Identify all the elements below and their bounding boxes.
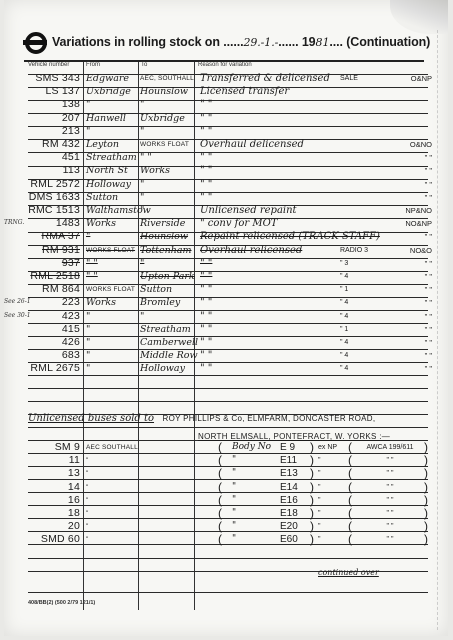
radio-note: " 4: [340, 362, 390, 375]
table-row: 423""" "" 4" "See 30-1: [0, 310, 453, 323]
bracket: ): [310, 507, 314, 520]
from-location: Holloway: [86, 178, 136, 191]
reason-for-variation: Repaint relicensed (TRACK STAFF): [200, 230, 360, 243]
form-header: Variations in rolling stock on ......29.…: [24, 30, 444, 54]
vehicle-number: SMD 60: [28, 533, 80, 546]
reason-for-variation: Unlicensed repaint: [200, 204, 360, 217]
from-location: ": [86, 125, 136, 138]
row-rule: [28, 592, 428, 593]
body-number: E60: [280, 533, 320, 546]
table-row: SMS 343EdgwareAEC, SOUTHALLTransferred &…: [0, 72, 453, 85]
status-code: " ": [388, 257, 432, 270]
bracket: (: [348, 507, 352, 520]
from-location: Hanwell: [86, 112, 136, 125]
to-location: ": [140, 98, 192, 111]
status-code: O&NP: [388, 72, 432, 85]
table-row: RMC 1513Walthamstow"Unlicensed repaintNP…: [0, 204, 453, 217]
vehicle-number: RML 2572: [28, 178, 80, 191]
reason-for-variation: " ": [200, 98, 360, 111]
status-code: " ": [388, 310, 432, 323]
vehicle-number: SM 9: [28, 441, 80, 454]
to-location: ": [140, 310, 192, 323]
table-row: 415"Streatham" "" 1" ": [0, 323, 453, 336]
vehicle-number: 1483: [28, 217, 80, 230]
bracket: (: [348, 520, 352, 533]
bracket: ): [424, 454, 428, 467]
vehicle-number: 14: [28, 481, 80, 494]
to-location: ": [140, 178, 192, 191]
from-location: Streatham: [86, 151, 136, 164]
vehicle-number: 937: [28, 257, 80, 270]
vehicle-number: RM 931: [28, 244, 80, 257]
radio-note: " 4: [340, 336, 390, 349]
margin-note: See 26-1: [4, 298, 31, 305]
buyer-address-line1: ROY PHILLIPS & Co, ELMFARM, DONCASTER RO…: [163, 414, 376, 423]
from-location: AEC SOUTHALL: [86, 441, 136, 454]
bracket: ): [424, 467, 428, 480]
reason-for-variation: Licensed transfer: [200, 85, 360, 98]
from-location: ": [86, 349, 136, 362]
bracket: (: [218, 533, 222, 546]
sale-row: SMD 60""E60"" "()(): [0, 533, 453, 546]
sale-row: 14""E14"" "()(): [0, 481, 453, 494]
body-number: E 9: [280, 441, 320, 454]
sale-row: 13""E13"" "()(): [0, 467, 453, 480]
margin-note: See 30-1: [4, 312, 31, 319]
reference-number: " ": [352, 454, 428, 467]
vehicle-number: 20: [28, 520, 80, 533]
from-location: ": [86, 230, 136, 243]
bracket: ): [310, 467, 314, 480]
table-row: 426"Camberwell" "" 4" ": [0, 336, 453, 349]
sale-row: 20""E20"" "()(): [0, 520, 453, 533]
reason-for-variation: " ": [200, 112, 360, 125]
page-curl: [390, 0, 448, 34]
sale-row: 11""E11"" "()(): [0, 454, 453, 467]
bracket: ): [424, 507, 428, 520]
status-code: ": [318, 520, 348, 533]
to-location: Works: [140, 164, 192, 177]
vehicle-number: 223: [28, 296, 80, 309]
radio-note: " 4: [340, 349, 390, 362]
table-row: 207HanwellUxbridge" ": [0, 112, 453, 125]
bracket: (: [218, 481, 222, 494]
vehicle-number: 423: [28, 310, 80, 323]
from-location: ": [86, 467, 136, 480]
from-location: ": [86, 533, 136, 546]
bracket: (: [218, 441, 222, 454]
status-code: " ": [388, 336, 432, 349]
vehicle-number: RMC 1513: [28, 204, 80, 217]
to-location: ": [140, 204, 192, 217]
from-location: WORKS FLOAT: [86, 283, 136, 296]
status-code: " ": [388, 230, 432, 243]
reason-for-variation: " ": [200, 323, 360, 336]
radio-note: " 3: [340, 257, 390, 270]
table-row: RML 2518" "Upton Park" "" 4" ": [0, 270, 453, 283]
bracket: (: [218, 507, 222, 520]
from-location: ": [86, 336, 136, 349]
from-location: ": [86, 323, 136, 336]
bracket: (: [218, 467, 222, 480]
body-number: E20: [280, 520, 320, 533]
reference-number: " ": [352, 507, 428, 520]
body-number: E11: [280, 454, 320, 467]
table-row: 213""" ": [0, 125, 453, 138]
vehicle-number: 207: [28, 112, 80, 125]
reason-for-variation: " ": [200, 178, 360, 191]
radio-note: " 4: [340, 270, 390, 283]
to-location: Hounslow: [140, 230, 192, 243]
reason-for-variation: Transferred & delicensed: [200, 72, 360, 85]
sale-row: SM 9AEC SOUTHALLBody NoE 9ex NPAWCA 199/…: [0, 441, 453, 454]
reason-for-variation: " ": [200, 310, 360, 323]
from-location: ": [86, 310, 136, 323]
to-location: Holloway: [140, 362, 192, 375]
table-row: DMS 1633Sutton"" "" ": [0, 191, 453, 204]
table-row: RM 432LeytonWORKS FLOATOverhaul delicens…: [0, 138, 453, 151]
bracket: (: [348, 494, 352, 507]
margin-note: TRNG.: [4, 219, 24, 226]
reason-for-variation: " ": [200, 349, 360, 362]
radio-note: " 1: [340, 283, 390, 296]
table-row: RMA 37"HounslowRepaint relicensed (TRACK…: [0, 230, 453, 243]
bracket: (: [348, 454, 352, 467]
bracket: (: [348, 533, 352, 546]
continued-over-note: continued over: [318, 568, 379, 577]
row-rule: [28, 401, 428, 402]
status-code: O&NO: [388, 138, 432, 151]
sale-heading-label: Unlicensed buses sold to: [28, 413, 154, 424]
from-location: Works: [86, 217, 136, 230]
title-year-prefix: ...... 19: [278, 35, 315, 49]
reason-for-variation: " ": [200, 270, 360, 283]
title-prefix: Variations in rolling stock on ......: [52, 35, 243, 49]
status-code: " ": [388, 283, 432, 296]
status-code: " ": [388, 362, 432, 375]
from-location: " ": [86, 257, 136, 270]
radio-note: " 4: [340, 296, 390, 309]
to-location: ": [140, 125, 192, 138]
vehicle-number: 113: [28, 164, 80, 177]
to-location: " ": [140, 151, 192, 164]
from-location: Walthamstow: [86, 204, 136, 217]
reason-for-variation: " ": [200, 283, 360, 296]
table-row: RM 931WORKS FLOATTottenhamOverhaul relic…: [0, 244, 453, 257]
reference-number: " ": [352, 467, 428, 480]
vehicle-number: 415: [28, 323, 80, 336]
body-number: E18: [280, 507, 320, 520]
reason-for-variation: Overhaul delicensed: [200, 138, 360, 151]
status-code: " ": [388, 349, 432, 362]
reason-for-variation: " ": [200, 191, 360, 204]
vehicle-number: RM 432: [28, 138, 80, 151]
vehicle-number: RMA 37: [28, 230, 80, 243]
status-code: ": [318, 467, 348, 480]
title-suffix: .... (Continuation): [329, 35, 430, 49]
vehicle-number: 683: [28, 349, 80, 362]
status-code: " ": [388, 178, 432, 191]
status-code: " ": [388, 151, 432, 164]
vehicle-number: LS 137: [28, 85, 80, 98]
reference-number: " ": [352, 481, 428, 494]
status-code: NO&NP: [388, 217, 432, 230]
row-rule: [28, 427, 428, 428]
table-row: 113North StWorks" "" ": [0, 164, 453, 177]
reason-for-variation: " ": [200, 296, 360, 309]
table-row: RML 2675"Holloway" "" 4" ": [0, 362, 453, 375]
status-code: " ": [388, 296, 432, 309]
to-location: AEC, SOUTHALL: [140, 72, 192, 85]
status-code: ": [318, 481, 348, 494]
reference-number: " ": [352, 533, 428, 546]
from-location: Edgware: [86, 72, 136, 85]
radio-note: " 1: [340, 323, 390, 336]
bracket: ): [424, 494, 428, 507]
from-location: North St: [86, 164, 136, 177]
vehicle-number: 13: [28, 467, 80, 480]
status-code: " ": [388, 191, 432, 204]
sale-row: 16""E16"" "()(): [0, 494, 453, 507]
bracket: (: [348, 467, 352, 480]
from-location: ": [86, 481, 136, 494]
row-rule: [28, 558, 428, 559]
radio-note: " 4: [340, 310, 390, 323]
status-code: " ": [388, 323, 432, 336]
vehicle-number: 11: [28, 454, 80, 467]
reason-for-variation: " ": [200, 362, 360, 375]
date-day-month: 29.-1.-: [243, 36, 278, 49]
london-transport-roundel-icon: [24, 31, 46, 53]
from-location: WORKS FLOAT: [86, 244, 136, 257]
to-location: Tottenham: [140, 244, 192, 257]
to-location: Sutton: [140, 283, 192, 296]
status-code: ": [318, 507, 348, 520]
form-code: 408/BB(2) (500 2/79 121/1): [28, 600, 95, 606]
reason-for-variation: " ": [200, 164, 360, 177]
table-row: 1483WorksRiverside" conv for MOTNO&NPTRN…: [0, 217, 453, 230]
table-row: RML 2572Holloway"" "" ": [0, 178, 453, 191]
status-code: NO&O: [388, 244, 432, 257]
from-location: Works: [86, 296, 136, 309]
date-year: 81: [316, 36, 330, 49]
from-location: Uxbridge: [86, 85, 136, 98]
bracket: ): [424, 533, 428, 546]
table-row: LS 137UxbridgeHounslowLicensed transfer: [0, 85, 453, 98]
bracket: ): [310, 481, 314, 494]
status-code: ": [318, 454, 348, 467]
radio-note: SALE: [340, 72, 390, 85]
to-location: ": [140, 191, 192, 204]
body-number: E13: [280, 467, 320, 480]
from-location: Sutton: [86, 191, 136, 204]
to-location: Upton Park: [140, 270, 192, 283]
table-row: 451Streatham" "" "" ": [0, 151, 453, 164]
from-location: ": [86, 520, 136, 533]
to-location: Streatham: [140, 323, 192, 336]
bracket: (: [348, 481, 352, 494]
table-row: 937" """ "" 3" ": [0, 257, 453, 270]
status-code: ": [318, 494, 348, 507]
vehicle-number: 16: [28, 494, 80, 507]
vehicle-number: RM 864: [28, 283, 80, 296]
to-location: Riverside: [140, 217, 192, 230]
bracket: ): [424, 520, 428, 533]
reference-number: " ": [352, 494, 428, 507]
reference-number: " ": [352, 520, 428, 533]
bracket: (: [218, 454, 222, 467]
radio-note: RADIO 3: [340, 244, 390, 257]
from-location: ": [86, 494, 136, 507]
vehicle-number: DMS 1633: [28, 191, 80, 204]
to-location: ": [140, 257, 192, 270]
bracket: ): [424, 481, 428, 494]
to-location: Hounslow: [140, 85, 192, 98]
reason-for-variation: " ": [200, 257, 360, 270]
to-location: WORKS FLOAT: [140, 138, 192, 151]
from-location: ": [86, 507, 136, 520]
sale-row: 18""E18"" "()(): [0, 507, 453, 520]
reason-for-variation: Overhaul relicensed: [200, 244, 360, 257]
from-location: ": [86, 454, 136, 467]
reason-for-variation: " conv for MOT: [200, 217, 360, 230]
bracket: ): [310, 454, 314, 467]
from-location: Leyton: [86, 138, 136, 151]
to-location: Camberwell: [140, 336, 192, 349]
bracket: ): [310, 533, 314, 546]
to-location: Middle Row: [140, 349, 192, 362]
table-row: RM 864WORKS FLOATSutton" "" 1" ": [0, 283, 453, 296]
status-code: " ": [388, 164, 432, 177]
status-code: " ": [388, 270, 432, 283]
vehicle-number: RML 2675: [28, 362, 80, 375]
reason-for-variation: " ": [200, 151, 360, 164]
reason-for-variation: " ": [200, 336, 360, 349]
buyer-address-line2: NORTH ELMSALL, PONTEFRACT, W. YORKS :—: [198, 432, 390, 441]
to-location: Uxbridge: [140, 112, 192, 125]
body-number: E16: [280, 494, 320, 507]
reason-for-variation: " ": [200, 125, 360, 138]
bracket: ): [424, 441, 428, 454]
body-number: E14: [280, 481, 320, 494]
bracket: ): [310, 441, 314, 454]
vehicle-number: 426: [28, 336, 80, 349]
from-location: ": [86, 362, 136, 375]
vehicle-number: SMS 343: [28, 72, 80, 85]
from-location: " ": [86, 270, 136, 283]
sale-heading: Unlicensed buses sold to ROY PHILLIPS & …: [28, 413, 428, 425]
vehicle-number: 213: [28, 125, 80, 138]
vehicle-number: 18: [28, 507, 80, 520]
vehicle-number: 451: [28, 151, 80, 164]
table-row: 138""" ": [0, 98, 453, 111]
bracket: ): [310, 520, 314, 533]
status-code: ": [318, 533, 348, 546]
to-location: Bromley: [140, 296, 192, 309]
bracket: (: [218, 520, 222, 533]
table-row: 223WorksBromley" "" 4" "See 26-1: [0, 296, 453, 309]
status-code: NP&NO: [388, 204, 432, 217]
table-row: 683"Middle Row" "" 4" ": [0, 349, 453, 362]
bracket: ): [310, 494, 314, 507]
bracket: (: [348, 441, 352, 454]
from-location: ": [86, 98, 136, 111]
row-rule: [28, 388, 428, 389]
vehicle-number: RML 2518: [28, 270, 80, 283]
vehicle-number: 138: [28, 98, 80, 111]
reference-number: AWCA 199/611: [352, 441, 428, 454]
status-code: ex NP: [318, 441, 348, 454]
form-title: Variations in rolling stock on ......29.…: [52, 35, 430, 49]
bracket: (: [218, 494, 222, 507]
